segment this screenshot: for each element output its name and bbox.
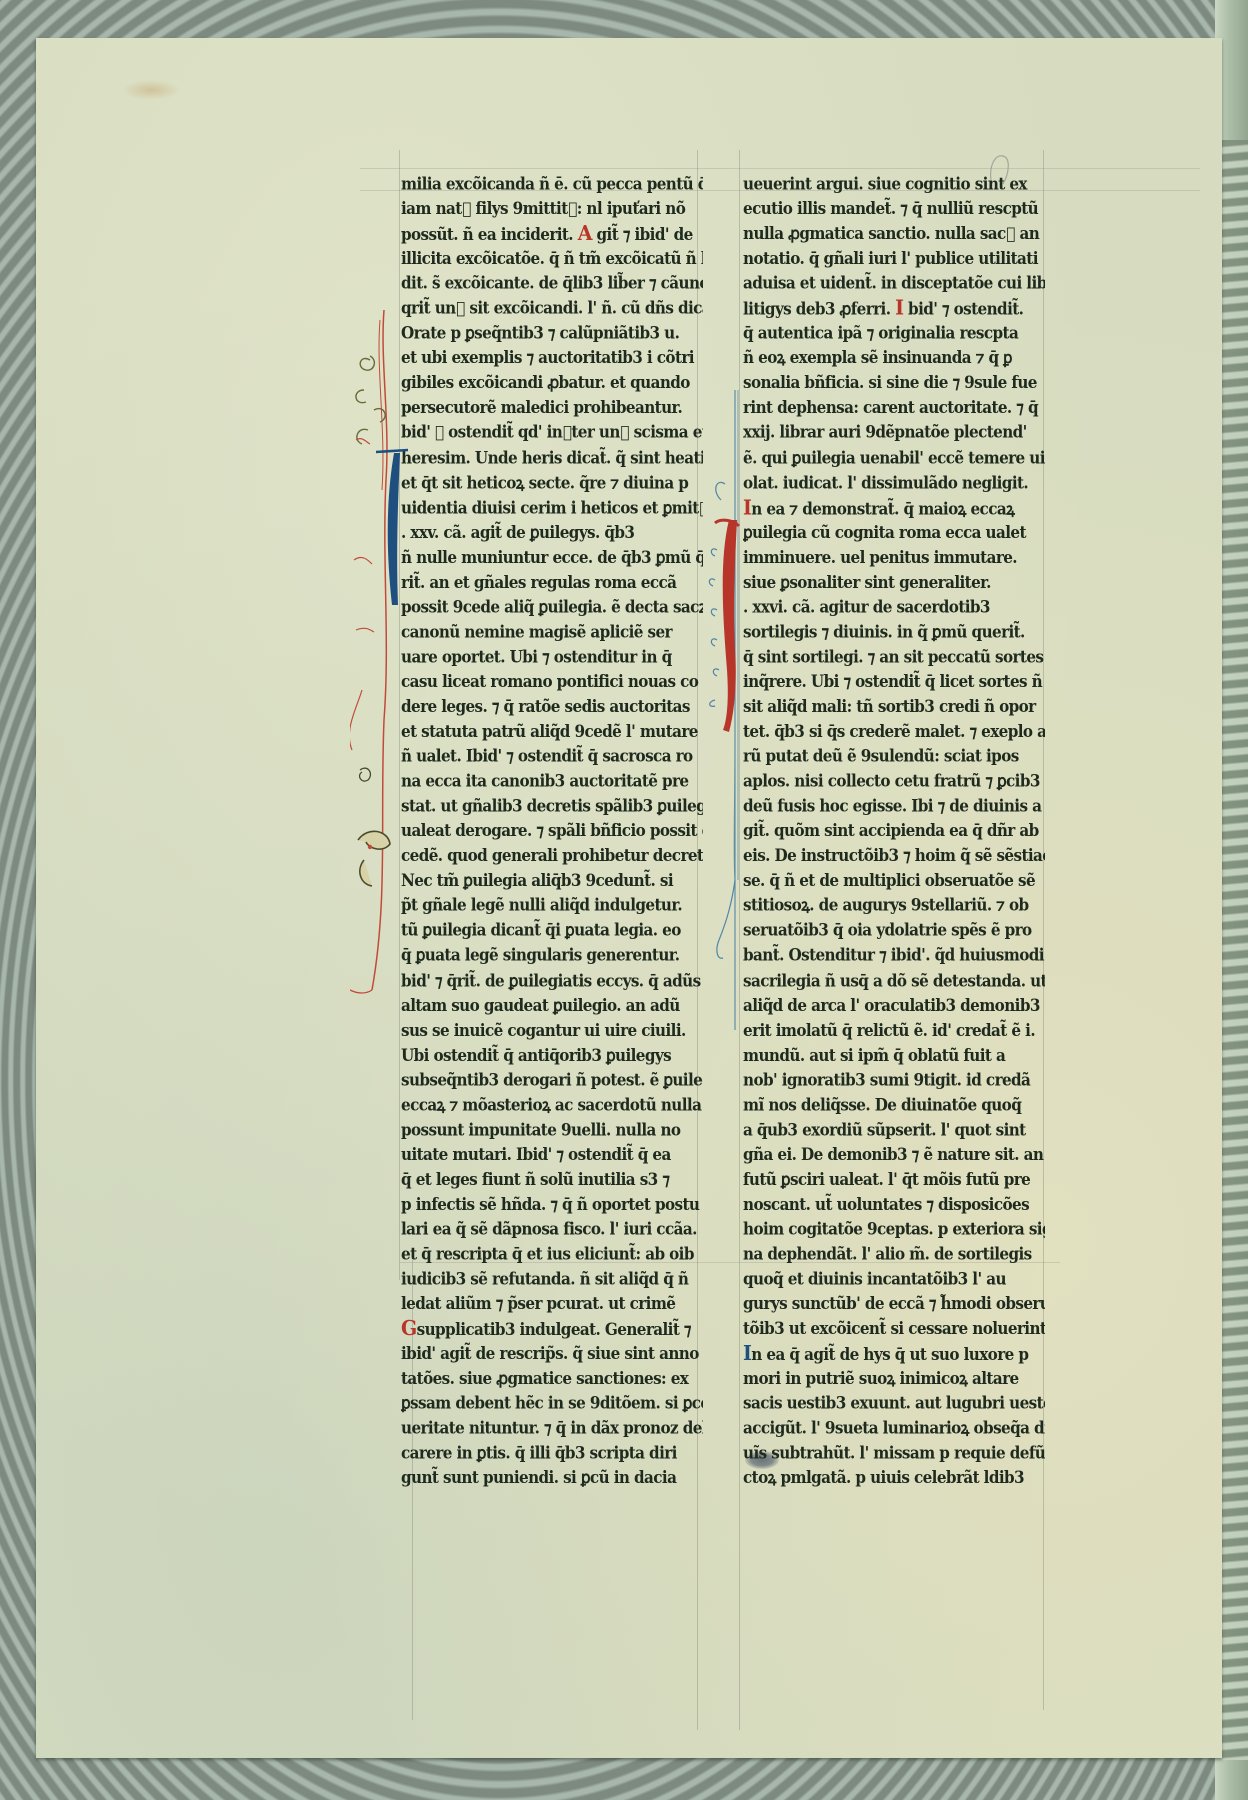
text-line: tatões. siue ꝓgmatice sanctiones: ex [401, 1367, 703, 1392]
text-line: gunt̃ sunt puniendi. si ꝑcũ in dacia [401, 1466, 703, 1491]
text-line: bid' ⁊ ostendit̃ qd' inᷓter unᷓ scisma e… [401, 421, 703, 446]
text-line: siue ꝑsonaliter sint generaliter. [743, 570, 1045, 595]
text-line: lari ea q̃ sẽ dãpnosa fisco. l' iuri ccã… [401, 1217, 703, 1242]
text-line: altam suo gaudeat ꝑuilegio. an adũ [401, 993, 703, 1018]
text-line: na ecca ita canonib3 auctoritatẽ pre [401, 769, 703, 794]
text-line: persecutorẽ maledici prohibeantur. [401, 396, 703, 421]
text-line: xxij. librar auri 9dẽpnatõe plectend' [743, 421, 1045, 446]
text-line: . xxv. cã. agit̃ de ꝑuilegys. q̄b3 [401, 520, 703, 545]
text-line: erit imolatũ q̄ relictũ ẽ. id' credat̃ ẽ… [743, 1018, 1045, 1043]
text-line: aduisa et uident̃. in disceptatõe cui li… [743, 272, 1045, 297]
text-line: imminuere. uel penitus immutare. [743, 545, 1045, 570]
text-line: iam natᷓ filys 9mittitᷓ: nl ipuťari nõ [401, 197, 703, 222]
text-line: bid' ⁊ q̄rit̃. de ꝑuilegiatis eccys. q̄ … [401, 969, 703, 994]
text-line: Nec tm̃ ꝑuilegia aliq̄b3 9cedunt̃. si [401, 869, 703, 894]
text-line: tet. q̄b3 si q̄s crederẽ malet. ⁊ exeplo… [743, 720, 1045, 745]
text-line: ẽ. qui ꝑuilegia uenabil' eccẽ temere ui [743, 446, 1045, 471]
text-line: sus se inuicẽ cogantur ui uire ciuili. [401, 1018, 703, 1043]
text-line: gibiles excõicandi ꝓbatur. et quando [401, 371, 703, 396]
text-line: inq̃rere. Ubi ⁊ ostendit̃ q̄ licet sorte… [743, 670, 1045, 695]
text-line: gurys sunctũb' de eccã ⁊ h̃modi obseruā [743, 1292, 1045, 1317]
decorated-initial-p-icon [350, 300, 410, 1020]
text-line: stitiosoꝝ. de augurys 9stellariũ. ⁊ ob [743, 894, 1045, 919]
text-line: sacis uestib3 exuunt. aut lugubri ueste [743, 1392, 1045, 1417]
text-line: uidentia diuisi cerim i heticos et ꝑmitᷓ… [401, 496, 703, 521]
text-line: qrit̃ unᷓ sit excõicandi. l' ñ. cũ dñs d… [401, 296, 703, 321]
text-line: gña ei. De demonib3 ⁊ ẽ nature sit. an [743, 1143, 1045, 1168]
text-line: mĩ nos deliq̃sse. De diuinatõe quoq̃ [743, 1093, 1045, 1118]
text-line: ñ ualet. Ibid' ⁊ ostendit̃ q̄ sacrosca r… [401, 744, 703, 769]
decorated-initial-s-icon [705, 380, 745, 1040]
text-line: q̄ ꝑuata legẽ singularis generentur. [401, 944, 703, 969]
text-line: deũ fusis hoc egisse. Ibi ⁊ de diuinis a [743, 794, 1045, 819]
text-line: uĩs subtrahũt. l' missam p requie defũ [743, 1441, 1045, 1466]
text-line: heresim. Unde heris dicat̃. q̃ sint heat… [401, 446, 703, 471]
text-line: q̄ autentica ipã ⁊ originalia rescpta [743, 321, 1045, 346]
text-line: sacrilegia ñ usq̄ a dõ sẽ detestanda. ut… [743, 969, 1045, 994]
text-line: sonalia bñficia. si sine die ⁊ 9sule fue [743, 371, 1045, 396]
text-line: bant̃. Ostenditur ⁊ ibid'. q̃d huiusmodi [743, 944, 1045, 969]
text-line: et q̄t sit heticoꝝ secte. q̃re ⁊ diuina … [401, 471, 703, 496]
facing-page-text-bleed [1222, 140, 1248, 1760]
text-line: sortilegis ⁊ diuinis. in q̃ ꝑmũ querit̃. [743, 620, 1045, 645]
text-line: tõib3 ut excõicent̃ si cessare noluerint… [743, 1317, 1045, 1342]
text-line: ibid' agit̃ de rescrip̃s. q̃ siue sint a… [401, 1342, 703, 1367]
pencil-guide-letter-icon [985, 150, 1015, 190]
text-line: notatio. q̄ gñali iuri l' publice utilit… [743, 247, 1045, 272]
text-line: stat. ut gñalib3 decretis spãlib3 ꝑuileg… [401, 794, 703, 819]
text-line: rũ putat deũ ẽ 9sulendũ: sciat ipos [743, 744, 1045, 769]
text-line: carere in ꝑtis. q̄ illi q̄b3 scripta dir… [401, 1441, 703, 1466]
ruling-line-top [360, 168, 1200, 169]
rubric-initial: I [895, 296, 903, 320]
text-line: canonũ nemine magisẽ apliciẽ ser [401, 620, 703, 645]
text-line: aplos. nisi collecto cetu fratrũ ⁊ ꝑcib3… [743, 769, 1045, 794]
text-line: ecutio illis mandet̃. ⁊ q̄ nulliũ rescpt… [743, 197, 1045, 222]
text-line: q̄ et leges fiunt ñ solũ inutilia s3 ⁊ [401, 1168, 703, 1193]
text-line: sit aliq̃d mali: tñ sortib3 credi ñ opor [743, 695, 1045, 720]
text-line: ualeat derogare. ⁊ spãli bñficio possit … [401, 819, 703, 844]
text-line: ꝑssam debent hẽc in se 9ditõem. si ꝑces [401, 1392, 703, 1417]
water-stain [122, 80, 180, 100]
text-line: Gsupplicatib3 indulgeat. Generalit̃ ⁊ [401, 1317, 703, 1342]
rubric-initial: A [578, 222, 592, 246]
text-line: In ea q̄ agit̃ de hys q̄ ut suo luxore p [743, 1342, 1045, 1367]
text-line: . xxvi. cã. agitur de sacerdotib3 [743, 595, 1045, 620]
text-line: futũ ꝑsciri ualeat. l' q̄t mõis futũ pre [743, 1168, 1045, 1193]
text-line: nob' ignoratib3 sumi 9tigit. id credã [743, 1068, 1045, 1093]
text-line: illicita excõicatõe. q̄ ñ tm̃ excõicatũ … [401, 247, 703, 272]
text-line: quoq̃ et diuinis incantatõib3 l' au [743, 1267, 1045, 1292]
text-line: noscant. ut̃ uoluntates ⁊ disposicões [743, 1193, 1045, 1218]
text-line: ueritate nituntur. ⁊ q̄ in dãx pronoz de… [401, 1417, 703, 1442]
text-line: et ubi exemplis ⁊ auctoritatib3 i cõtri [401, 346, 703, 371]
text-line: Orate p ꝑseq̃ntib3 ⁊ calũpniãtib3 u. [401, 321, 703, 346]
rubric-initial: G [401, 1317, 417, 1341]
text-line: Ubi ostendit̃ q̄ antiq̄orib3 ꝑuilegys [401, 1043, 703, 1068]
text-column-left: milia excõicanda ñ ē. cũ pecca pentũ q̄i… [401, 172, 703, 1491]
text-line: rit̃. an et gñales regulas roma eccã [401, 570, 703, 595]
text-line: eccaꝝ ⁊ mõasterioꝝ ac sacerdotũ nulla [401, 1093, 703, 1118]
text-line: olat. iudicat. l' dissimulãdo negligit. [743, 471, 1045, 496]
text-line: et statuta patrũ aliq̃d 9cedẽ l' mutare [401, 720, 703, 745]
text-line: ꝑuilegia cũ cognita roma ecca ualet [743, 520, 1045, 545]
text-line: ledat aliũm ⁊ p̃ser pcurat. ut crimẽ [401, 1292, 703, 1317]
text-line: se. q̄ ñ et de multiplici obseruatõe sẽ [743, 869, 1045, 894]
text-line: uare oportet. Ubi ⁊ ostenditur in q̄ [401, 645, 703, 670]
text-line: ctoꝝ pmlgatã. p uiuis celebrãt ldib3 [743, 1466, 1045, 1491]
text-line: tũ ꝑuilegia dicant̃ q̄i ꝑuata legia. eo [401, 919, 703, 944]
text-line: possunt impunitate 9uelli. nulla no [401, 1118, 703, 1143]
text-line: na dephendãt. l' alio m̃. de sortilegis [743, 1242, 1045, 1267]
text-line: casu liceat romano pontifici nouas co [401, 670, 703, 695]
text-line: milia excõicanda ñ ē. cũ pecca pentũ q̄ [401, 172, 703, 197]
text-line: mori in putriẽ suoꝝ inimicoꝝ altare [743, 1367, 1045, 1392]
text-line: eis. De instructõib3 ⁊ hoim q̃ sẽ sẽstia… [743, 844, 1045, 869]
text-line: dit. s̃ excõicante. de q̄lib3 lib̃er ⁊ c… [401, 272, 703, 297]
text-line: a q̄ub3 exordiũ sũpserit. l' quot sint [743, 1118, 1045, 1143]
text-line: aliq̃d de arca l' oraculatib3 demonib3 f… [743, 993, 1045, 1018]
text-line: p infectis sẽ hñda. ⁊ q̄ ñ oportet postu [401, 1193, 703, 1218]
text-line: uitate mutari. Ibid' ⁊ ostendit̃ q̄ ea [401, 1143, 703, 1168]
text-line: hoim cogitatõe 9ceptas. p exteriora sig [743, 1217, 1045, 1242]
text-column-right: ueuerint argui. siue cognitio sint execu… [743, 172, 1045, 1491]
text-line: mundũ. aut si ipm̃ q̄ oblatũ fuit a [743, 1043, 1045, 1068]
text-line: subseq̃ntib3 derogari ñ potest. ẽ ꝑuileg… [401, 1068, 703, 1093]
text-line: In ea ⁊ demonstrat̃. q̄ maioꝝ eccaꝝ [743, 496, 1045, 521]
text-line: git̃. quõm sint accipienda ea q̄ dñr ab [743, 819, 1045, 844]
text-line: q̄ sint sortilegi. ⁊ an sit peccatũ sort… [743, 645, 1045, 670]
text-line: ñ eoꝝ exempla sẽ insinuanda ⁊ q̄ ꝑ [743, 346, 1045, 371]
text-line: accigũt. l' 9sueta luminarioꝝ obseq̃a di [743, 1417, 1045, 1442]
text-line: rint dephensa: carent auctoritate. ⁊ q̄ [743, 396, 1045, 421]
text-line: cedẽ. quod generali prohibetur decreto. [401, 844, 703, 869]
text-line: seruatõib3 q̄ oia ydolatrie spẽs ẽ pro [743, 919, 1045, 944]
text-line: possũt. ñ ea inciderit. A git̃ ⁊ ibid' d… [401, 222, 703, 247]
text-line: p̃t gñale legẽ nulli aliq̃d indulgetur. [401, 894, 703, 919]
text-line: et q̄ rescripta q̄ et ius eliciunt̃: ab … [401, 1242, 703, 1267]
rubric-initial: I [743, 1342, 751, 1366]
text-line: possit 9cede aliq̃ ꝑuilegia. ẽ decta sac… [401, 595, 703, 620]
text-line: iudicib3 sẽ refutanda. ñ sit aliq̃d q̄ ñ [401, 1267, 703, 1292]
text-line: ñ nulle muniuntur ecce. de q̄b3 ꝑmũ q̄ [401, 545, 703, 570]
text-line: nulla ꝓgmatica sanctio. nulla sacᷓ an [743, 222, 1045, 247]
text-line: dere leges. ⁊ q̄ ratõe sedis auctoritas [401, 695, 703, 720]
text-line: litigys deb3 ꝓferri. I bid' ⁊ ostendit̃. [743, 296, 1045, 321]
